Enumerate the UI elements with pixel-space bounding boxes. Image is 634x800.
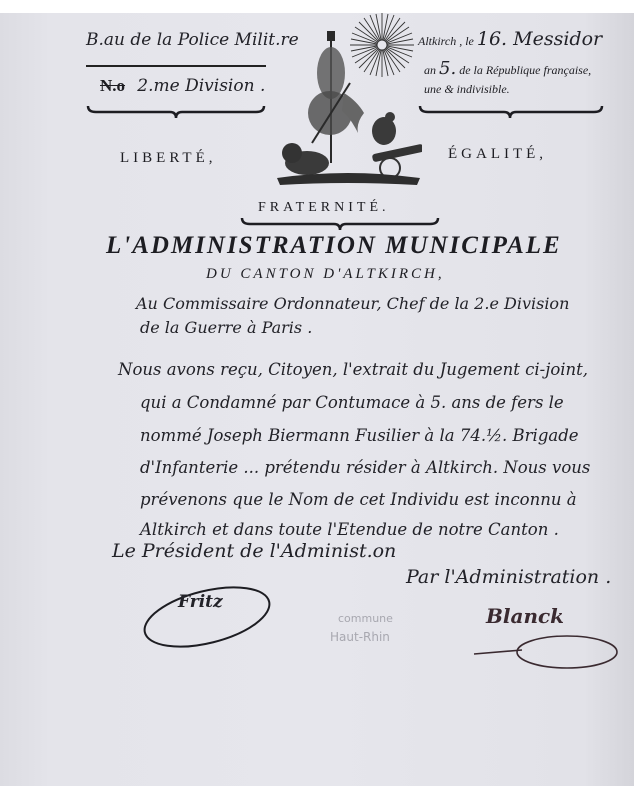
republic-label: de la République française, — [459, 63, 591, 77]
secretary-signature: Blanck — [486, 604, 564, 628]
motto-liberte: LIBERTÉ, — [120, 150, 217, 167]
place-date-label: Altkirch , le — [418, 34, 474, 48]
date-value: 16. Messidor — [477, 28, 602, 50]
year-prefix: an — [424, 63, 436, 77]
body-line: Nous avons reçu, Citoyen, l'extrait du J… — [118, 360, 588, 379]
revolutionary-vignette-icon — [272, 13, 422, 188]
year-value: 5. — [439, 58, 456, 79]
pencil-note-line1: commune — [338, 612, 393, 625]
division-value: 2.me Division . — [137, 76, 265, 96]
addressee-line1: Au Commissaire Ordonnateur, Chef de la 2… — [136, 294, 569, 313]
indivisible-label: une & indivisible. — [424, 82, 510, 97]
body-line: qui a Condamné par Contumace à 5. ans de… — [140, 393, 564, 412]
par-administration-label: Par l'Administration . — [406, 566, 611, 588]
motto-egalite: ÉGALITÉ, — [448, 146, 547, 163]
number-label: N.o — [100, 76, 125, 95]
left-brace-ornament — [86, 104, 266, 120]
pencil-note-line2: Haut-Rhin — [330, 630, 390, 644]
year-line: an 5. de la République française, — [424, 58, 591, 79]
fraternite-brace-ornament — [240, 216, 440, 232]
secretary-signature-flourish-icon — [472, 630, 622, 675]
body-line: nommé Joseph Biermann Fusilier à la 74.½… — [140, 426, 579, 445]
header-rule — [86, 65, 266, 67]
body-line: prévenons que le Nom de cet Individu est… — [140, 490, 577, 509]
body-line: d'Infanterie ... prétendu résider à Altk… — [140, 458, 590, 477]
motto-fraternite: FRATERNITÉ. — [258, 200, 390, 216]
division-line: N.o 2.me Division . — [100, 76, 265, 96]
title-line1: L'ADMINISTRATION MUNICIPALE — [106, 232, 562, 260]
body-line: Altkirch et dans toute l'Etendue de notr… — [140, 520, 559, 539]
right-brace-ornament — [418, 104, 604, 120]
president-signature: Fritz — [178, 592, 223, 612]
addressee-line2: de la Guerre à Paris . — [140, 318, 312, 337]
president-label: Le Président de l'Administ.on — [112, 540, 396, 562]
title-line2: DU CANTON D'ALTKIRCH, — [206, 266, 445, 283]
place-date-line: Altkirch , le 16. Messidor — [418, 28, 602, 50]
bureau-label: B.au de la Police Milit.re — [86, 30, 299, 50]
